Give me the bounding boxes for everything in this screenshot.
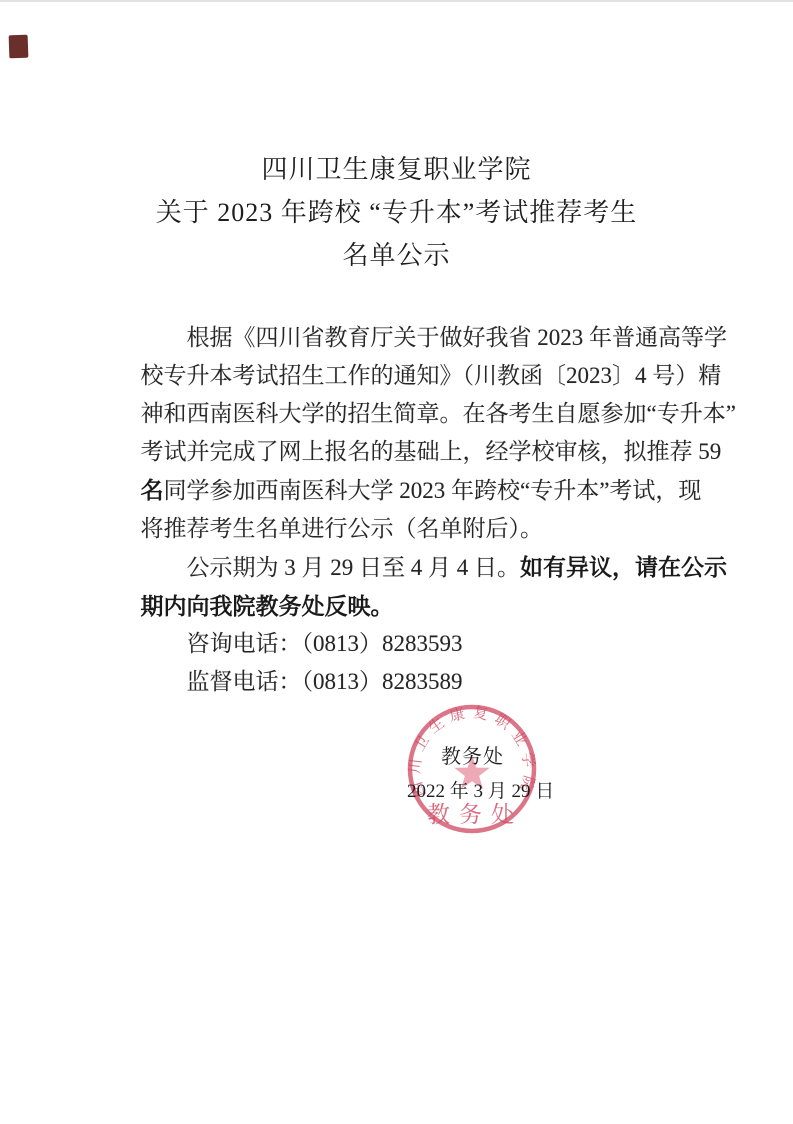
department-signature: 教务处: [441, 740, 504, 769]
paragraph1-line5-bold: 名: [141, 477, 164, 503]
title-line-2: 关于 2023 年跨校 “专升本”考试推荐考生: [141, 191, 653, 234]
paragraph1-line5: 名同学参加西南医科大学 2023 年跨校“专升本”考试，现: [141, 471, 653, 510]
document-body: 根据《四川省教育厅关于做好我省 2023 年普通高等学 校专升本考试招生工作的通…: [141, 319, 653, 701]
paragraph2-line1: 公示期为 3 月 29 日至 4 月 4 日。如有异议，请在公示: [141, 548, 653, 587]
paragraph1-line4: 考试并完成了网上报名的基础上，经学校审核，拟推荐 59: [141, 433, 653, 471]
title-line-1: 四川卫生康复职业学院: [141, 148, 653, 191]
document-page: 四川卫生康复职业学院 关于 2023 年跨校 “专升本”考试推荐考生 名单公示 …: [0, 0, 793, 1124]
paragraph2-line1-hei: 如有异议，请在公示: [520, 554, 727, 580]
seal-graphic-icon: 四川卫生康复职业学院 教务处: [394, 696, 550, 842]
signature-date: 2022 年 3 月 29 日: [407, 776, 554, 803]
paragraph1-line5-rest: 同学参加西南医科大学 2023 年跨校“专升本”考试，现: [164, 478, 702, 503]
scan-artifact-mark: [9, 35, 29, 59]
paragraph1-line1: 根据《四川省教育厅关于做好我省 2023 年普通高等学: [141, 319, 653, 357]
official-seal: 四川卫生康复职业学院 教务处: [394, 696, 550, 842]
paragraph1-line2: 校专升本考试招生工作的通知》（川教函〔2023〕4 号）精: [141, 357, 653, 395]
document-content: 四川卫生康复职业学院 关于 2023 年跨校 “专升本”考试推荐考生 名单公示 …: [141, 2, 653, 701]
paragraph2-line2: 期内向我院教务处反映。: [141, 587, 653, 625]
paragraph2-line1-song: 公示期为 3 月 29 日至 4 月 4 日。: [187, 555, 521, 580]
title-line-3: 名单公示: [141, 234, 653, 277]
document-title: 四川卫生康复职业学院 关于 2023 年跨校 “专升本”考试推荐考生 名单公示: [141, 2, 653, 277]
paragraph1-line3: 神和西南医科大学的招生简章。在各考生自愿参加“专升本”: [141, 395, 653, 433]
seal-inner-text: 教务处: [427, 802, 523, 827]
paragraph1-line6: 将推荐考生名单进行公示（名单附后）。: [141, 510, 653, 548]
consult-phone-line: 咨询电话：（0813）8283593: [141, 625, 653, 663]
